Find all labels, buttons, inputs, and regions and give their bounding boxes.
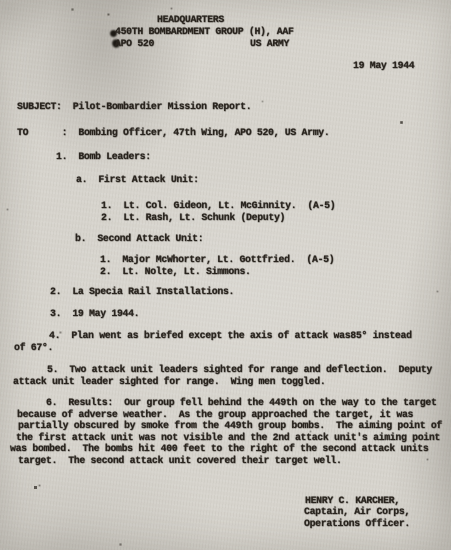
- para1-first-attack-item: 2. Lt. Rash, Lt. Schunk (Deputy): [101, 212, 285, 224]
- letterhead-group: 450TH BOMBARDMENT GROUP (H), AAF: [115, 26, 294, 38]
- para6-line: was bombed. The bombs hit 400 feet to th…: [10, 443, 428, 455]
- paper-specks: [0, 0, 1, 1]
- letterhead-us-army: US ARMY: [250, 38, 289, 50]
- letterhead-apo: APO 520: [115, 38, 154, 50]
- date-line: 19 May 1944: [353, 60, 414, 72]
- para6-line: partially obscured by smoke from the 449…: [18, 420, 442, 432]
- para1-second-attack-heading: b. Second Attack Unit:: [75, 233, 203, 245]
- signature-name: HENRY C. KARCHER,: [305, 495, 400, 507]
- para2-line: 2. La Specia Rail Installations.: [50, 286, 234, 298]
- para1-first-attack-item: 1. Lt. Col. Gideon, Lt. McGinnity. (A-5): [101, 200, 335, 212]
- signature-title: Operations Officer.: [304, 518, 410, 530]
- to-line: TO : Bombing Officer, 47th Wing, APO 520…: [17, 127, 329, 139]
- para5-line: attack unit leader sighted for range. Wi…: [13, 376, 325, 388]
- para4-line: 4. Plan went as briefed except the axis …: [49, 330, 412, 342]
- para5-line: 5. Two attack unit leaders sighted for r…: [47, 364, 432, 376]
- para1-first-attack-heading: a. First Attack Unit:: [76, 174, 199, 186]
- para1-second-attack-item: 1. Major McWhorter, Lt. Gottfried. (A-5): [100, 254, 334, 266]
- signature-rank: Captain, Air Corps,: [304, 506, 410, 518]
- para6-line: because of adverse weather. As the group…: [17, 409, 413, 421]
- para6-line: the first attack unit was not visible an…: [16, 432, 440, 444]
- para4-line: of 67°.: [14, 342, 53, 354]
- para3-line: 3. 19 May 1944.: [50, 308, 139, 320]
- para6-line: 6. Results: Our group fell behind the 44…: [46, 397, 437, 409]
- subject-line: SUBJECT: Pilot-Bombardier Mission Report…: [17, 101, 251, 113]
- para6-line: target. The second attack unit covered t…: [18, 455, 342, 467]
- para1-second-attack-item: 2. Lt. Nolte, Lt. Simmons.: [100, 266, 251, 278]
- letterhead-headquarters: HEADQUARTERS: [157, 14, 224, 26]
- document-page: HEADQUARTERS 450TH BOMBARDMENT GROUP (H)…: [0, 0, 451, 550]
- para1-heading: 1. Bomb Leaders:: [56, 151, 151, 163]
